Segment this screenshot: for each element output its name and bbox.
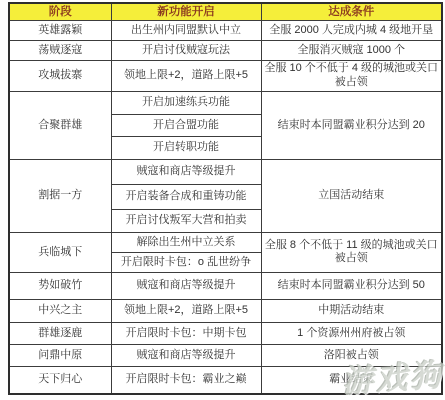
stage-feature: 开启讨伐贼寇玩法 xyxy=(111,41,261,61)
table-row: 割据一方 贼寇和商店等级提升 立国活动结束 xyxy=(9,159,442,184)
stage-name: 问鼎中原 xyxy=(9,344,111,366)
stage-feature: 领地上限+2，道路上限+5 xyxy=(111,299,261,322)
stage-name: 兵临城下 xyxy=(9,232,111,272)
stage-condition: 洛阳被占领 xyxy=(261,344,442,366)
table-row: 问鼎中原 贼寇和商店等级提升 洛阳被占领 xyxy=(9,344,442,366)
stage-feature: 出生州内同盟默认中立 xyxy=(111,21,261,41)
stage-feature: 开启限时卡包：中期卡包 xyxy=(111,322,261,344)
stage-condition: 结束时本同盟霸业积分达到 50 xyxy=(261,272,442,299)
stage-table: 阶段 新功能开启 达成条件 英雄露颖 出生州内同盟默认中立 全服 2000 人完… xyxy=(8,2,443,395)
stage-feature: 贼寇和商店等级提升 xyxy=(111,344,261,366)
stage-feature: 开启限时卡包：霸业之巅 xyxy=(111,366,261,394)
table-row: 群雄逐鹿 开启限时卡包：中期卡包 1 个资源州州府被占领 xyxy=(9,322,442,344)
table-row: 荡贼逐寇 开启讨伐贼寇玩法 全服消灭贼寇 1000 个 xyxy=(9,41,442,61)
stage-name: 群雄逐鹿 xyxy=(9,322,111,344)
header-condition: 达成条件 xyxy=(261,3,442,21)
stage-feature: 解除出生州中立关系 xyxy=(111,232,261,252)
table-row: 英雄露颖 出生州内同盟默认中立 全服 2000 人完成内城 4 级地开垦 xyxy=(9,21,442,41)
stage-condition: 立国活动结束 xyxy=(261,159,442,232)
stage-condition: 全服 10 个不低于 4 级的城池或关口被占领 xyxy=(261,61,442,92)
header-features: 新功能开启 xyxy=(111,3,261,21)
stage-condition: 全服 2000 人完成内城 4 级地开垦 xyxy=(261,21,442,41)
stage-feature: 开启转职功能 xyxy=(111,136,261,159)
stage-feature: 开启装备合成和重铸功能 xyxy=(111,184,261,209)
stage-name: 割据一方 xyxy=(9,159,111,232)
table-row: 攻城拔寨 领地上限+2，道路上限+5 全服 10 个不低于 4 级的城池或关口被… xyxy=(9,61,442,92)
stage-name: 荡贼逐寇 xyxy=(9,41,111,61)
header-row: 阶段 新功能开启 达成条件 xyxy=(9,3,442,21)
table-row: 合聚群雄 开启加速练兵功能 结束时本同盟霸业积分达到 20 xyxy=(9,91,442,114)
table-row: 天下归心 开启限时卡包：霸业之巅 霸业结束 xyxy=(9,366,442,394)
stage-condition: 1 个资源州州府被占领 xyxy=(261,322,442,344)
stage-condition: 霸业结束 xyxy=(261,366,442,394)
stage-condition: 全服 8 个不低于 11 级的城池或关口被占领 xyxy=(261,232,442,272)
header-stage: 阶段 xyxy=(9,3,111,21)
table-row: 势如破竹 贼寇和商店等级提升 结束时本同盟霸业积分达到 50 xyxy=(9,272,442,299)
stage-feature: 开启合盟功能 xyxy=(111,114,261,136)
table-row: 兵临城下 解除出生州中立关系 全服 8 个不低于 11 级的城池或关口被占领 xyxy=(9,232,442,252)
stage-name: 天下归心 xyxy=(9,366,111,394)
stage-name: 攻城拔寨 xyxy=(9,61,111,92)
stage-table-page: 阶段 新功能开启 达成条件 英雄露颖 出生州内同盟默认中立 全服 2000 人完… xyxy=(0,0,445,400)
stage-feature: 贼寇和商店等级提升 xyxy=(111,272,261,299)
table-row: 中兴之主 领地上限+2，道路上限+5 中期活动结束 xyxy=(9,299,442,322)
stage-feature: 贼寇和商店等级提升 xyxy=(111,159,261,184)
stage-feature: 领地上限+2，道路上限+5 xyxy=(111,61,261,92)
stage-name: 中兴之主 xyxy=(9,299,111,322)
stage-name: 合聚群雄 xyxy=(9,91,111,159)
stage-condition: 中期活动结束 xyxy=(261,299,442,322)
stage-name: 英雄露颖 xyxy=(9,21,111,41)
stage-name: 势如破竹 xyxy=(9,272,111,299)
stage-condition: 全服消灭贼寇 1000 个 xyxy=(261,41,442,61)
stage-condition: 结束时本同盟霸业积分达到 20 xyxy=(261,91,442,159)
stage-feature: 开启讨伐叛军大营和拍卖 xyxy=(111,209,261,232)
stage-feature: 开启限时卡包：o 乱世纷争 xyxy=(111,252,261,272)
stage-feature: 开启加速练兵功能 xyxy=(111,91,261,114)
